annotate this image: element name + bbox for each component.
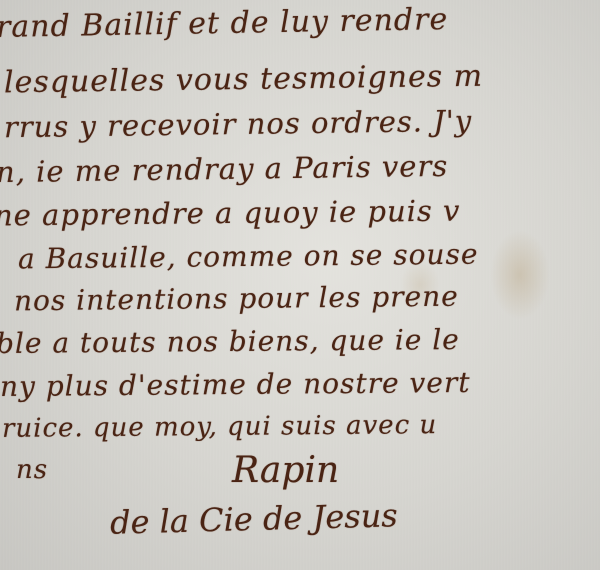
- manuscript-line-4: n, ie me rendray a Paris vers: [0, 149, 448, 189]
- manuscript-line-11: ns: [16, 455, 48, 485]
- paper-stain: [490, 230, 550, 320]
- manuscript-line-10: ruice. que moy, qui suis avec u: [2, 410, 437, 444]
- manuscript-line-7: nos intentions pour les prene: [14, 280, 459, 318]
- signature-affiliation: de la Cie de Jesus: [110, 496, 399, 542]
- manuscript-line-5: ne apprendre a quoy ie puis v: [0, 194, 461, 233]
- manuscript-page: rand Baillif et de luy rendre lesquelles…: [0, 0, 600, 570]
- manuscript-line-3: rrus y recevoir nos ordres. J'y: [4, 104, 473, 145]
- signature-name: Rapin: [232, 450, 339, 491]
- manuscript-line-1: rand Baillif et de luy rendre: [0, 2, 448, 45]
- manuscript-line-2: lesquelles vous tesmoignes m: [4, 59, 484, 101]
- manuscript-line-9: ny plus d'estime de nostre vert: [0, 366, 471, 403]
- manuscript-line-8: ble a touts nos biens, que ie le: [0, 323, 460, 360]
- manuscript-line-6: a Basuille, comme on se souse: [18, 238, 479, 276]
